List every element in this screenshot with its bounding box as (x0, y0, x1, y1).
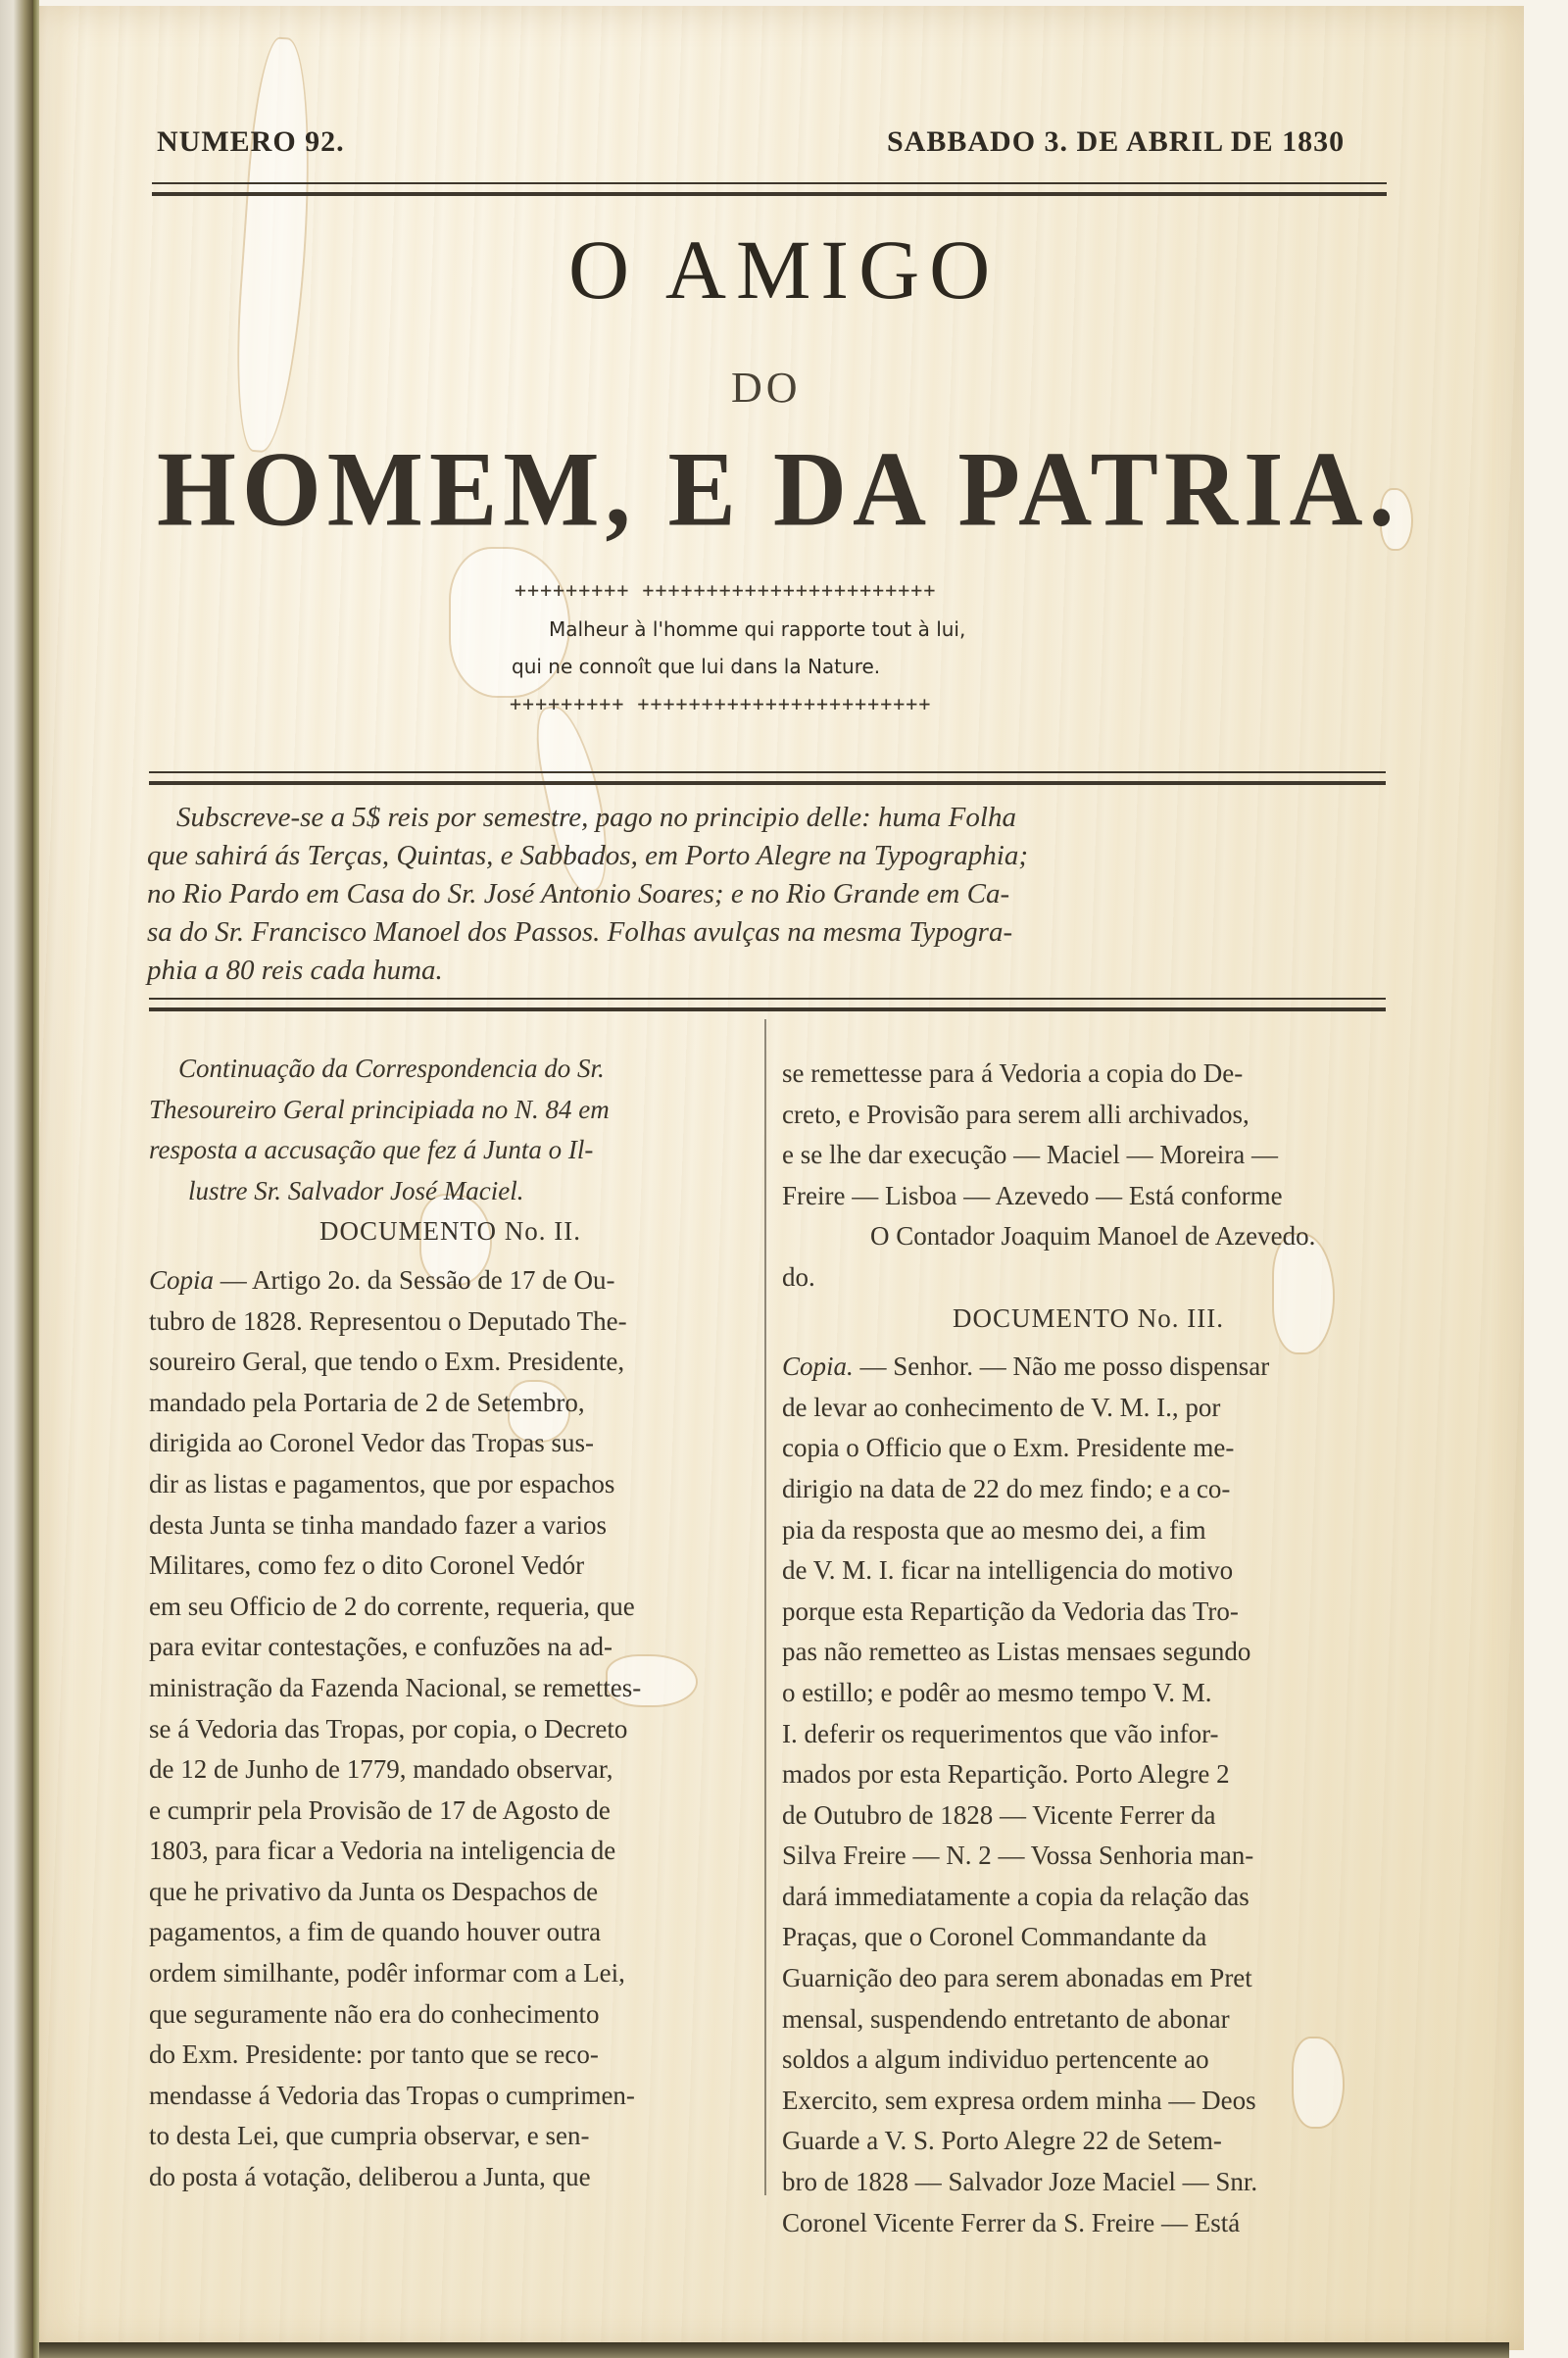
title-line-1: O AMIGO (568, 221, 1000, 319)
body-line: soldos a algum individuo pertencente ao (782, 2039, 1395, 2081)
subscription-rule-top (149, 771, 1386, 785)
body-line: Freire — Lisboa — Azevedo — Está conform… (782, 1176, 1395, 1217)
document-ii-heading: DOCUMENTO No. II. (149, 1211, 752, 1253)
body-line-rest: — Senhor. — Não me posso dispensar (854, 1351, 1269, 1381)
body-line: Guarde a V. S. Porto Alegre 22 de Setem- (782, 2121, 1395, 2162)
body-line: dirigida ao Coronel Vedor das Tropas sus… (149, 1423, 752, 1464)
motto-line-1: Malheur à l'homme qui rapporte tout à lu… (549, 617, 965, 641)
body-line: bro de 1828 — Salvador Joze Maciel — Snr… (782, 2162, 1395, 2203)
body-line: ordem similhante, podêr informar com a L… (149, 1953, 752, 1994)
body-line: o estillo; e podêr ao mesmo tempo V. M. (782, 1673, 1395, 1714)
body-line: de levar ao conhecimento de V. M. I., po… (782, 1388, 1395, 1429)
body-line: de 12 de Junho de 1779, mandado observar… (149, 1749, 752, 1791)
body-line: que seguramente não era do conhecimento (149, 1994, 752, 2036)
subscription-line: que sahirá ás Terças, Quintas, e Sabbado… (147, 837, 1392, 875)
column-divider (764, 1019, 766, 2195)
body-line: Praças, que o Coronel Commandante da (782, 1917, 1395, 1958)
subscription-notice: Subscreve-se a 5$ reis por semestre, pag… (147, 799, 1392, 990)
subscription-rule-bottom (149, 998, 1386, 1011)
subscription-line: no Rio Pardo em Casa do Sr. José Antonio… (147, 875, 1392, 913)
body-line: mendasse á Vedoria das Tropas o cumprime… (149, 2076, 752, 2117)
body-line: pas não remetteo as Listas mensaes segun… (782, 1632, 1395, 1673)
body-line: 1803, para ficar a Vedoria na inteligenc… (149, 1831, 752, 1872)
body-line: to desta Lei, que cumpria observar, e se… (149, 2116, 752, 2157)
body-line: do Exm. Presidente: por tanto que se rec… (149, 2035, 752, 2076)
body-line: Exercito, sem expresa ordem minha — Deos (782, 2081, 1395, 2122)
body-line: pia da resposta que ao mesmo dei, a fim (782, 1510, 1395, 1551)
intro-line: Continuação da Correspondencia do Sr. (149, 1049, 752, 1090)
ornament-rule-top: +++++++++ +++++++++++++++++++++++ (514, 578, 936, 602)
subscription-line: Subscreve-se a 5$ reis por semestre, pag… (147, 799, 1392, 837)
motto-line-2: qui ne connoît que lui dans la Nature. (512, 655, 880, 678)
body-line: mensal, suspendendo entretanto de abonar (782, 1999, 1395, 2040)
body-line: I. deferir os requerimentos que vão info… (782, 1714, 1395, 1755)
body-line: Guarnição deo para serem abonadas em Pre… (782, 1958, 1395, 1999)
copia-label: Copia. (782, 1351, 854, 1381)
left-column: Continuação da Correspondencia do Sr. Th… (149, 1049, 752, 2198)
masthead-rule (152, 182, 1387, 196)
title-line-2: DO (731, 363, 802, 413)
body-line: se remettesse para á Vedoria a copia do … (782, 1054, 1395, 1095)
intro-line: lustre Sr. Salvador José Maciel. (149, 1171, 752, 1212)
body-line: ministração da Fazenda Nacional, se reme… (149, 1668, 752, 1709)
body-line: copia o Officio que o Exm. Presidente me… (782, 1428, 1395, 1469)
body-line: Copia. — Senhor. — Não me posso dispensa… (782, 1347, 1395, 1388)
body-line: dará immediatamente a copia da relação d… (782, 1877, 1395, 1918)
issue-number: NUMERO 92. (157, 125, 345, 159)
body-line: Silva Freire — N. 2 — Vossa Senhoria man… (782, 1836, 1395, 1877)
subscription-line: phia a 80 reis cada huma. (147, 952, 1392, 990)
body-line: do. (782, 1257, 1395, 1299)
right-column: se remettesse para á Vedoria a copia do … (782, 1054, 1395, 2243)
intro-line: resposta a accusação que fez á Junta o I… (149, 1130, 752, 1171)
body-line: dirigio na data de 22 do mez findo; e a … (782, 1469, 1395, 1510)
signature-line: O Contador Joaquim Manoel de Azevedo. (782, 1216, 1395, 1257)
body-line: Copia — Artigo 2o. da Sessão de 17 de Ou… (149, 1260, 752, 1302)
ornament-rule-bottom: +++++++++ +++++++++++++++++++++++ (510, 692, 931, 715)
body-line: mandado pela Portaria de 2 de Setembro, (149, 1383, 752, 1424)
body-line: soureiro Geral, que tendo o Exm. Preside… (149, 1342, 752, 1383)
body-line: se á Vedoria das Tropas, por copia, o De… (149, 1709, 752, 1750)
copia-label: Copia (149, 1265, 214, 1295)
page-bottom-edge (39, 2342, 1509, 2358)
document-iii-heading: DOCUMENTO No. III. (782, 1299, 1395, 1340)
body-line: para evitar contestações, e confuzões na… (149, 1627, 752, 1668)
body-line: e se lhe dar execução — Maciel — Moreira… (782, 1135, 1395, 1176)
body-line: desta Junta se tinha mandado fazer a var… (149, 1505, 752, 1547)
subscription-line: sa do Sr. Francisco Manoel dos Passos. F… (147, 913, 1392, 952)
body-line: dir as listas e pagamentos, que por espa… (149, 1464, 752, 1505)
body-line: porque esta Repartição da Vedoria das Tr… (782, 1592, 1395, 1633)
body-line: do posta á votação, deliberou a Junta, q… (149, 2157, 752, 2198)
body-line: mados por esta Repartição. Porto Alegre … (782, 1754, 1395, 1795)
body-line: Coronel Vicente Ferrer da S. Freire — Es… (782, 2203, 1395, 2244)
body-line: tubro de 1828. Representou o Deputado Th… (149, 1302, 752, 1343)
issue-date: SABBADO 3. DE ABRIL DE 1830 (887, 125, 1345, 159)
book-binding (0, 0, 33, 2358)
title-line-3: HOMEM, E DA PATRIA. (157, 428, 1400, 551)
intro-line: Thesoureiro Geral principiada no N. 84 e… (149, 1090, 752, 1131)
body-line: que he privativo da Junta os Despachos d… (149, 1872, 752, 1913)
body-line: e cumprir pela Provisão de 17 de Agosto … (149, 1791, 752, 1832)
body-line: creto, e Provisão para serem alli archiv… (782, 1095, 1395, 1136)
body-line: em seu Officio de 2 do corrente, requeri… (149, 1587, 752, 1628)
body-line: pagamentos, a fim de quando houver outra (149, 1912, 752, 1953)
body-line: Militares, como fez o dito Coronel Vedór (149, 1546, 752, 1587)
body-line: de Outubro de 1828 — Vicente Ferrer da (782, 1795, 1395, 1837)
body-line: de V. M. I. ficar na intelligencia do mo… (782, 1550, 1395, 1592)
body-line-rest: — Artigo 2o. da Sessão de 17 de Ou- (214, 1265, 614, 1295)
